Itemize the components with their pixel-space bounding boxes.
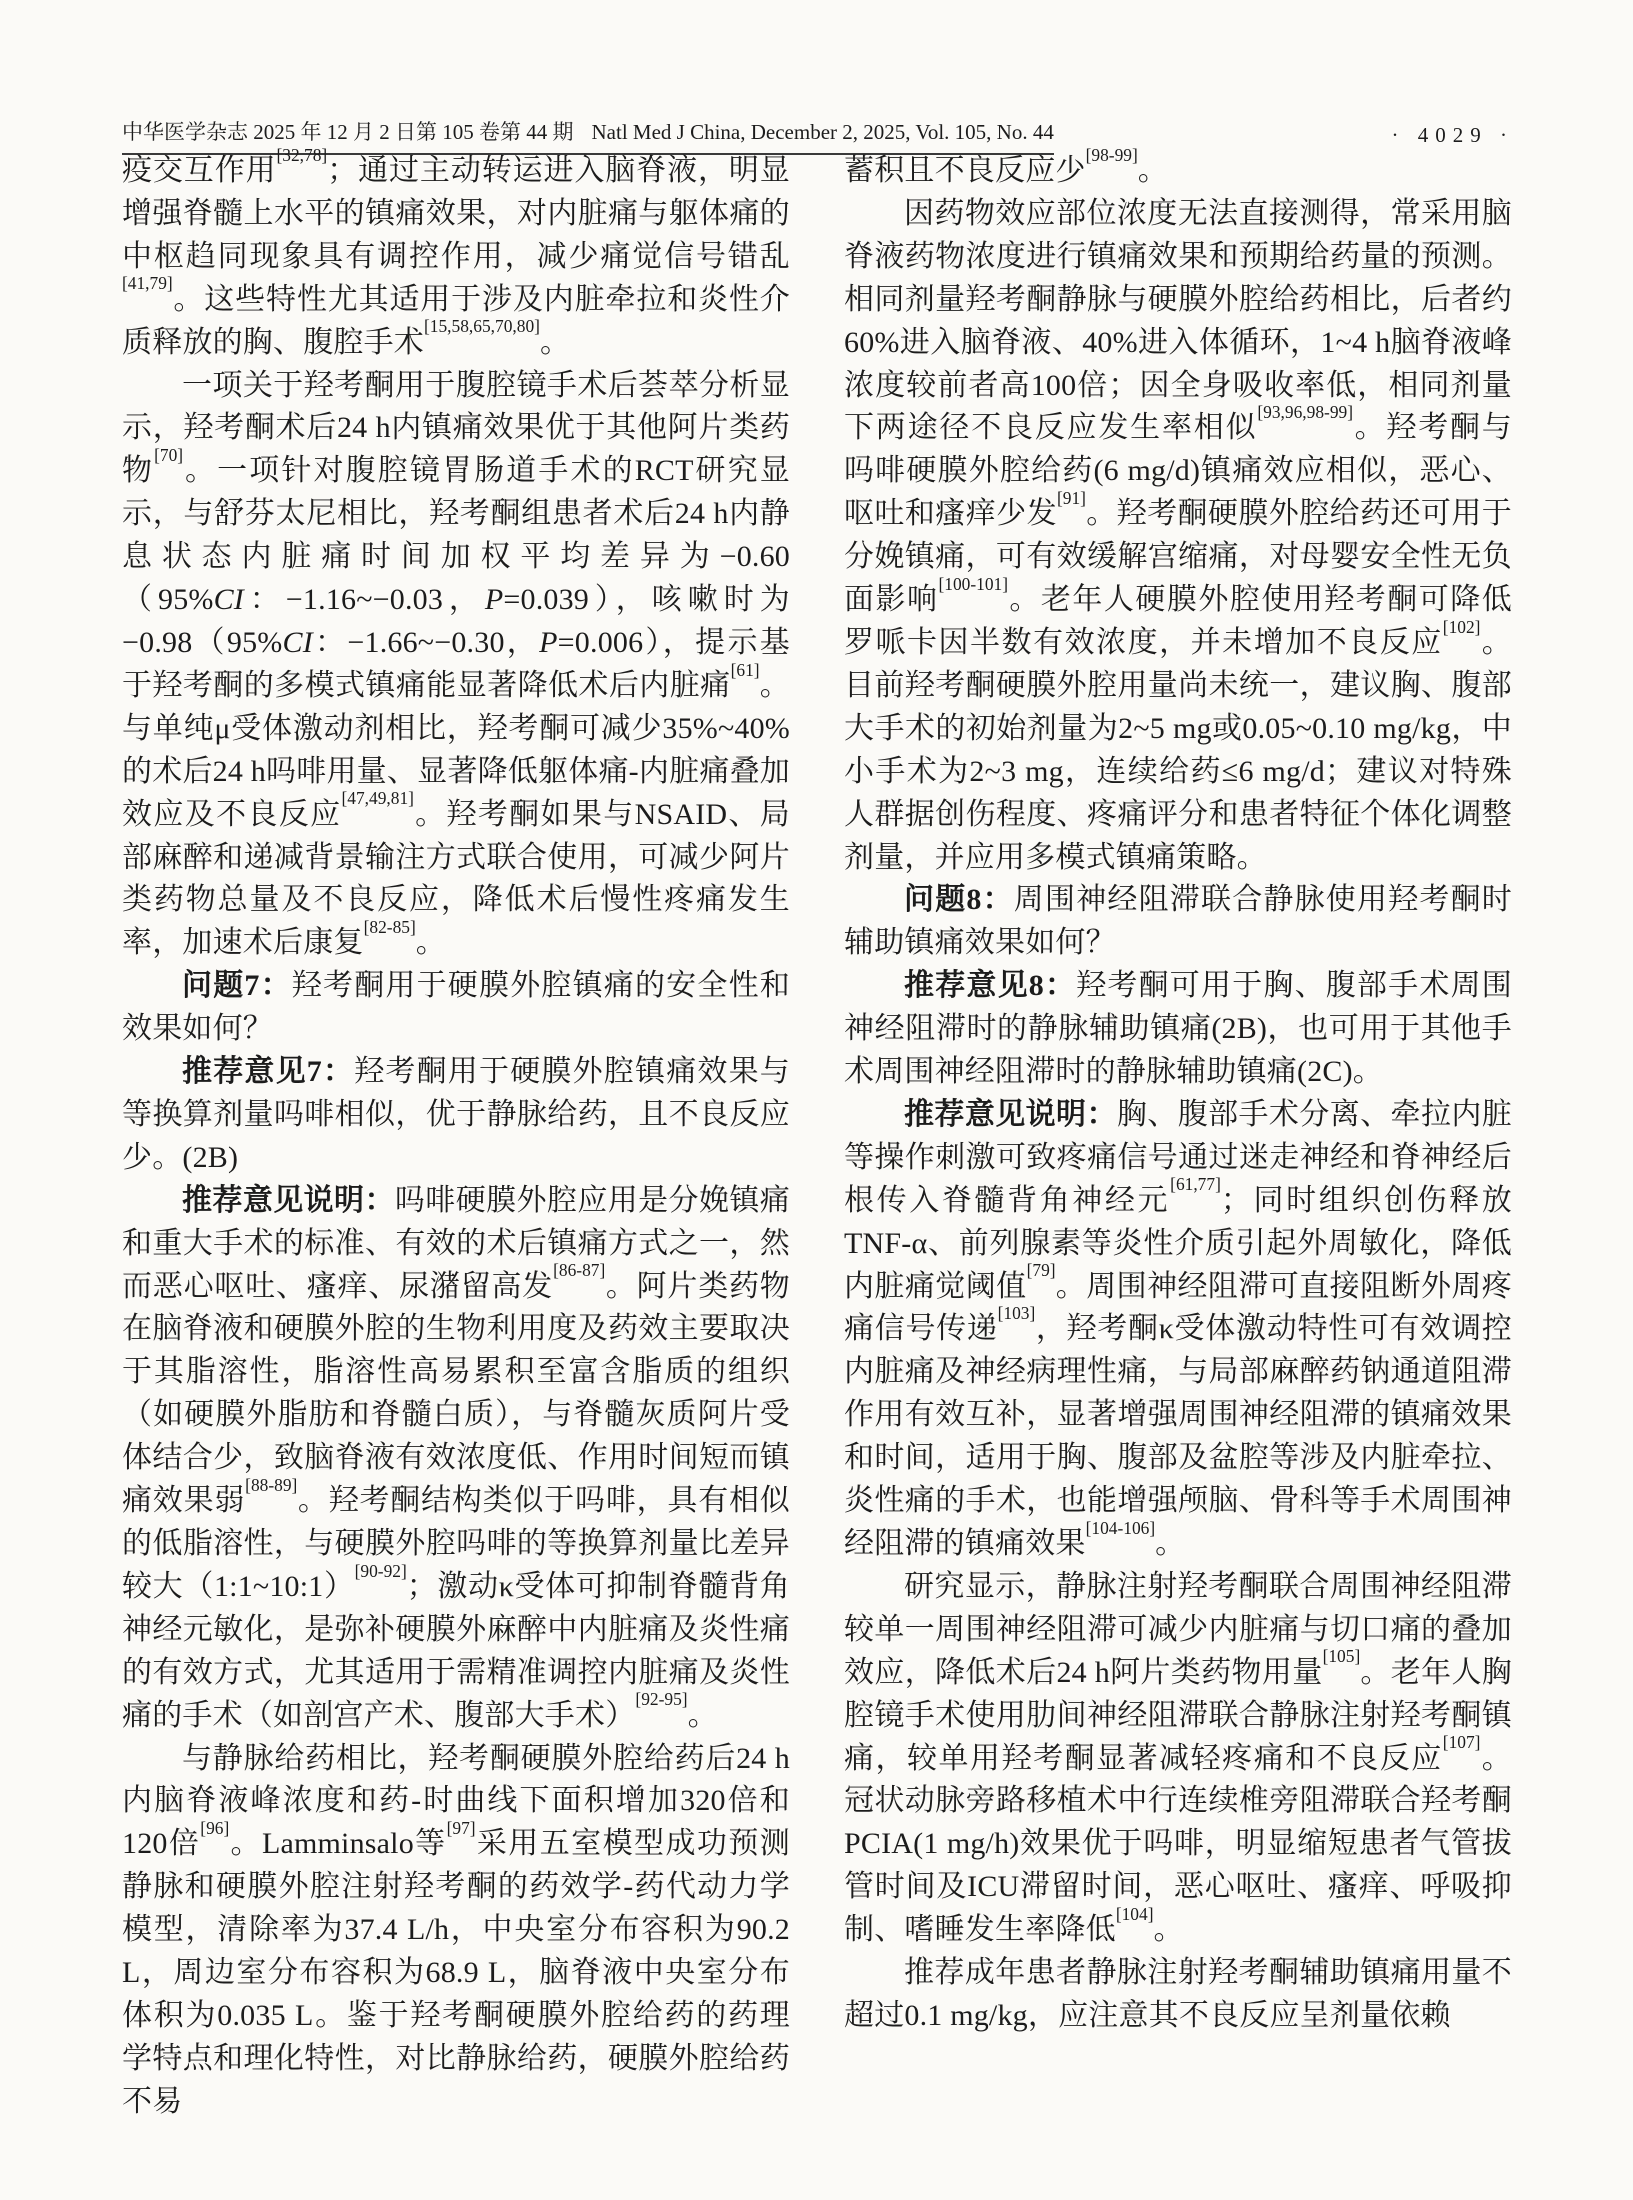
journal-page: 中华医学杂志 2025 年 12 月 2 日第 105 卷第 44 期Natl …	[0, 0, 1633, 2200]
text-run: 。Lamminsalo等	[229, 1827, 446, 1860]
paragraph: 疫交互作用[32,78]；通过主动转运进入脑脊液，明显增强脊髓上水平的镇痛效果，…	[122, 150, 790, 365]
reference-superscript: [91]	[1057, 488, 1086, 508]
italic-variable: CI	[283, 626, 313, 659]
paragraph-lead: 推荐意见说明：	[182, 1184, 395, 1217]
text-run: 采用五室模型成功预测静脉和硬膜外腔注射羟考酮的药效学-药代动力学模型，清除率为3…	[122, 1827, 790, 2117]
paragraph-lead: 问题8：	[904, 883, 1014, 916]
paragraph: 推荐意见说明：胸、腹部手术分离、牵拉内脏等操作刺激可致疼痛信号通过迷走神经和脊神…	[844, 1094, 1512, 1566]
text-run: 推荐成年患者静脉注射羟考酮辅助镇痛用量不超过0.1 mg/kg，应注意其不良反应…	[844, 1956, 1512, 2032]
reference-superscript: [79]	[1027, 1260, 1056, 1280]
paragraph: 一项关于羟考酮用于腹腔镜手术后荟萃分析显示，羟考酮术后24 h内镇痛效果优于其他…	[122, 365, 790, 966]
text-column-left: 疫交互作用[32,78]；通过主动转运进入脑脊液，明显增强脊髓上水平的镇痛效果，…	[122, 150, 790, 2124]
text-run: 疫交互作用	[122, 154, 277, 187]
text-run: 。阿片类药物在脑脊液和硬膜外腔的生物利用度及药效主要取决于其脂溶性，脂溶性高易累…	[122, 1270, 790, 1518]
text-run: 。	[688, 1699, 718, 1732]
reference-superscript: [47,49,81]	[342, 788, 414, 808]
reference-superscript: [32,78]	[277, 145, 328, 165]
paragraph: 推荐意见8：羟考酮可用于胸、腹部手术周围神经阻滞时的静脉辅助镇痛(2B)，也可用…	[844, 965, 1512, 1094]
reference-superscript: [97]	[447, 1818, 476, 1838]
text-run: 。	[416, 926, 446, 959]
text-run: 。老年人硬膜外腔使用羟考酮可降低罗哌卡因半数有效浓度，并未增加不良反应	[844, 583, 1512, 659]
reference-superscript: [107]	[1443, 1732, 1481, 1752]
reference-superscript: [61,77]	[1170, 1174, 1221, 1194]
journal-citation-en: Natl Med J China, December 2, 2025, Vol.…	[592, 120, 1054, 144]
text-run: ：−1.66~−0.30，	[313, 626, 539, 659]
text-run: 因药物效应部位浓度无法直接测得，常采用脑脊液药物浓度进行镇痛效果和预期给药量的预…	[844, 197, 1512, 445]
paragraph: 与静脉给药相比，羟考酮硬膜外腔给药后24 h内脑脊液峰浓度和药-时曲线下面积增加…	[122, 1738, 790, 2124]
reference-superscript: [61]	[731, 660, 760, 680]
paragraph-lead: 推荐意见7：	[182, 1055, 354, 1088]
paragraph: 因药物效应部位浓度无法直接测得，常采用脑脊液药物浓度进行镇痛效果和预期给药量的预…	[844, 193, 1512, 880]
reference-superscript: [103]	[998, 1303, 1036, 1323]
italic-variable: CI	[214, 583, 244, 616]
text-run: ，羟考酮κ受体激动特性可有效调控内脏痛及神经病理性痛，与局部麻醉药钠通道阻滞作用…	[844, 1312, 1512, 1560]
reference-superscript: [82-85]	[364, 917, 416, 937]
reference-superscript: [104]	[1116, 1904, 1154, 1924]
text-run: 。	[540, 326, 570, 359]
text-run: 。	[1138, 154, 1168, 187]
paragraph: 推荐意见7：羟考酮用于硬膜外腔镇痛效果与等换算剂量吗啡相似，优于静脉给药，且不良…	[122, 1051, 790, 1180]
reference-superscript: [41,79]	[122, 273, 173, 293]
paragraph: 研究显示，静脉注射羟考酮联合周围神经阻滞较单一周围神经阻滞可减少内脏痛与切口痛的…	[844, 1566, 1512, 1952]
reference-superscript: [86-87]	[553, 1260, 605, 1280]
paragraph: 推荐成年患者静脉注射羟考酮辅助镇痛用量不超过0.1 mg/kg，应注意其不良反应…	[844, 1952, 1512, 2038]
italic-variable: P	[485, 583, 504, 616]
reference-superscript: [100-101]	[939, 574, 1009, 594]
italic-variable: P	[539, 626, 558, 659]
text-column-right: 蓄积且不良反应少[98-99]。因药物效应部位浓度无法直接测得，常采用脑脊液药物…	[844, 150, 1512, 2038]
text-run: 。	[1153, 1913, 1183, 1946]
text-run: ：−1.16~−0.03，	[244, 583, 485, 616]
reference-superscript: [93,96,98-99]	[1257, 402, 1353, 422]
journal-citation-cn: 中华医学杂志 2025 年 12 月 2 日第 105 卷第 44 期	[122, 120, 574, 144]
text-run: 。目前羟考酮硬膜外腔用量尚未统一，建议胸、腹部大手术的初始剂量为2~5 mg或0…	[844, 626, 1512, 874]
reference-superscript: [90-92]	[355, 1561, 407, 1581]
reference-superscript: [98-99]	[1086, 145, 1138, 165]
reference-superscript: [105]	[1323, 1646, 1361, 1666]
paragraph: 推荐意见说明：吗啡硬膜外腔应用是分娩镇痛和重大手术的标准、有效的术后镇痛方式之一…	[122, 1180, 790, 1738]
reference-superscript: [88-89]	[245, 1475, 297, 1495]
paragraph-lead: 推荐意见8：	[904, 969, 1076, 1002]
paragraph: 问题7：羟考酮用于硬膜外腔镇痛的安全性和效果如何？	[122, 965, 790, 1051]
reference-superscript: [15,58,65,70,80]	[424, 316, 540, 336]
reference-superscript: [96]	[200, 1818, 229, 1838]
paragraph: 蓄积且不良反应少[98-99]。	[844, 150, 1512, 193]
reference-superscript: [104-106]	[1086, 1518, 1156, 1538]
text-run: 蓄积且不良反应少	[844, 154, 1086, 187]
paragraph-lead: 推荐意见说明：	[904, 1098, 1117, 1131]
text-run: 。	[1155, 1527, 1185, 1560]
reference-superscript: [92-95]	[635, 1689, 687, 1709]
reference-superscript: [70]	[154, 445, 183, 465]
paragraph-lead: 问题7：	[182, 969, 292, 1002]
reference-superscript: [102]	[1443, 617, 1481, 637]
paragraph: 问题8：周围神经阻滞联合静脉使用羟考酮时辅助镇痛效果如何？	[844, 879, 1512, 965]
